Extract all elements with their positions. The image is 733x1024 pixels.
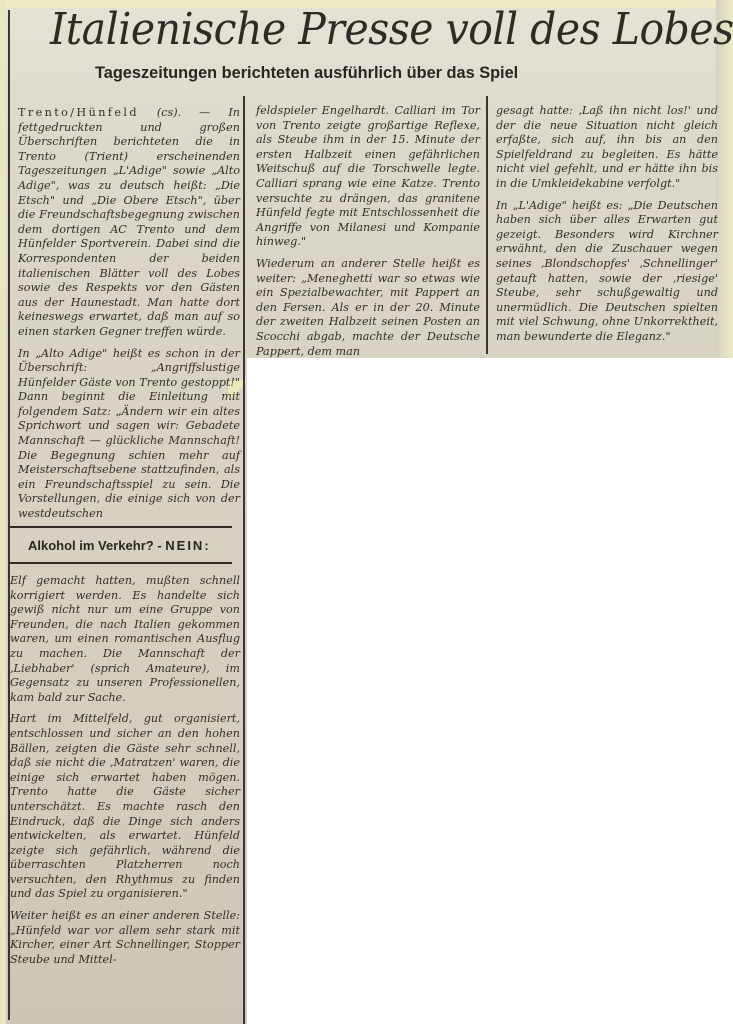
paragraph: Weiter heißt es an einer anderen Stelle:… <box>10 909 240 967</box>
paragraph: Wiederum an anderer Stelle heißt es weit… <box>256 257 480 359</box>
article-column-1: Trento/Hünfeld (cs). — In fettgedruckten… <box>18 106 240 529</box>
dateline: Trento/Hünfeld <box>18 106 139 119</box>
article-column-3: gesagt hatte: ‚Laß ihn nicht los!' und d… <box>496 104 718 352</box>
tape-strip-left <box>0 0 6 1024</box>
boxed-heading: Alkohol im Verkehr? - NEIN: <box>28 538 238 553</box>
article-column-2: feldspieler Engelhardt. Calliari im Tor … <box>256 104 480 366</box>
paragraph: Trento/Hünfeld (cs). — In fettgedruckten… <box>18 106 240 340</box>
box-rule-top <box>10 526 232 528</box>
column-rule-2 <box>486 96 488 354</box>
paragraph: gesagt hatte: ‚Laß ihn nicht los!' und d… <box>496 104 718 192</box>
subheadline: Tageszeitungen berichteten ausführlich ü… <box>95 63 633 83</box>
paragraph: In „L'Adige" heißt es: „Die Deutschen ha… <box>496 199 718 345</box>
column-rule-1 <box>243 96 245 1024</box>
paragraph: feldspieler Engelhardt. Calliari im Tor … <box>256 104 480 250</box>
article-column-1-continued: Elf gemacht hatten, mußten schnell korri… <box>10 574 240 974</box>
paragraph: In „Alto Adige" heißt es schon in der Üb… <box>18 347 240 522</box>
paragraph: Elf gemacht hatten, mußten schnell korri… <box>10 574 240 705</box>
box-rule-bottom <box>10 562 232 564</box>
headline: Italienische Presse voll des Lobes <box>50 4 655 55</box>
boxed-heading-emphasis: NEIN: <box>165 538 210 553</box>
paragraph: Hart im Mittelfeld, gut organisiert, ent… <box>10 712 240 902</box>
